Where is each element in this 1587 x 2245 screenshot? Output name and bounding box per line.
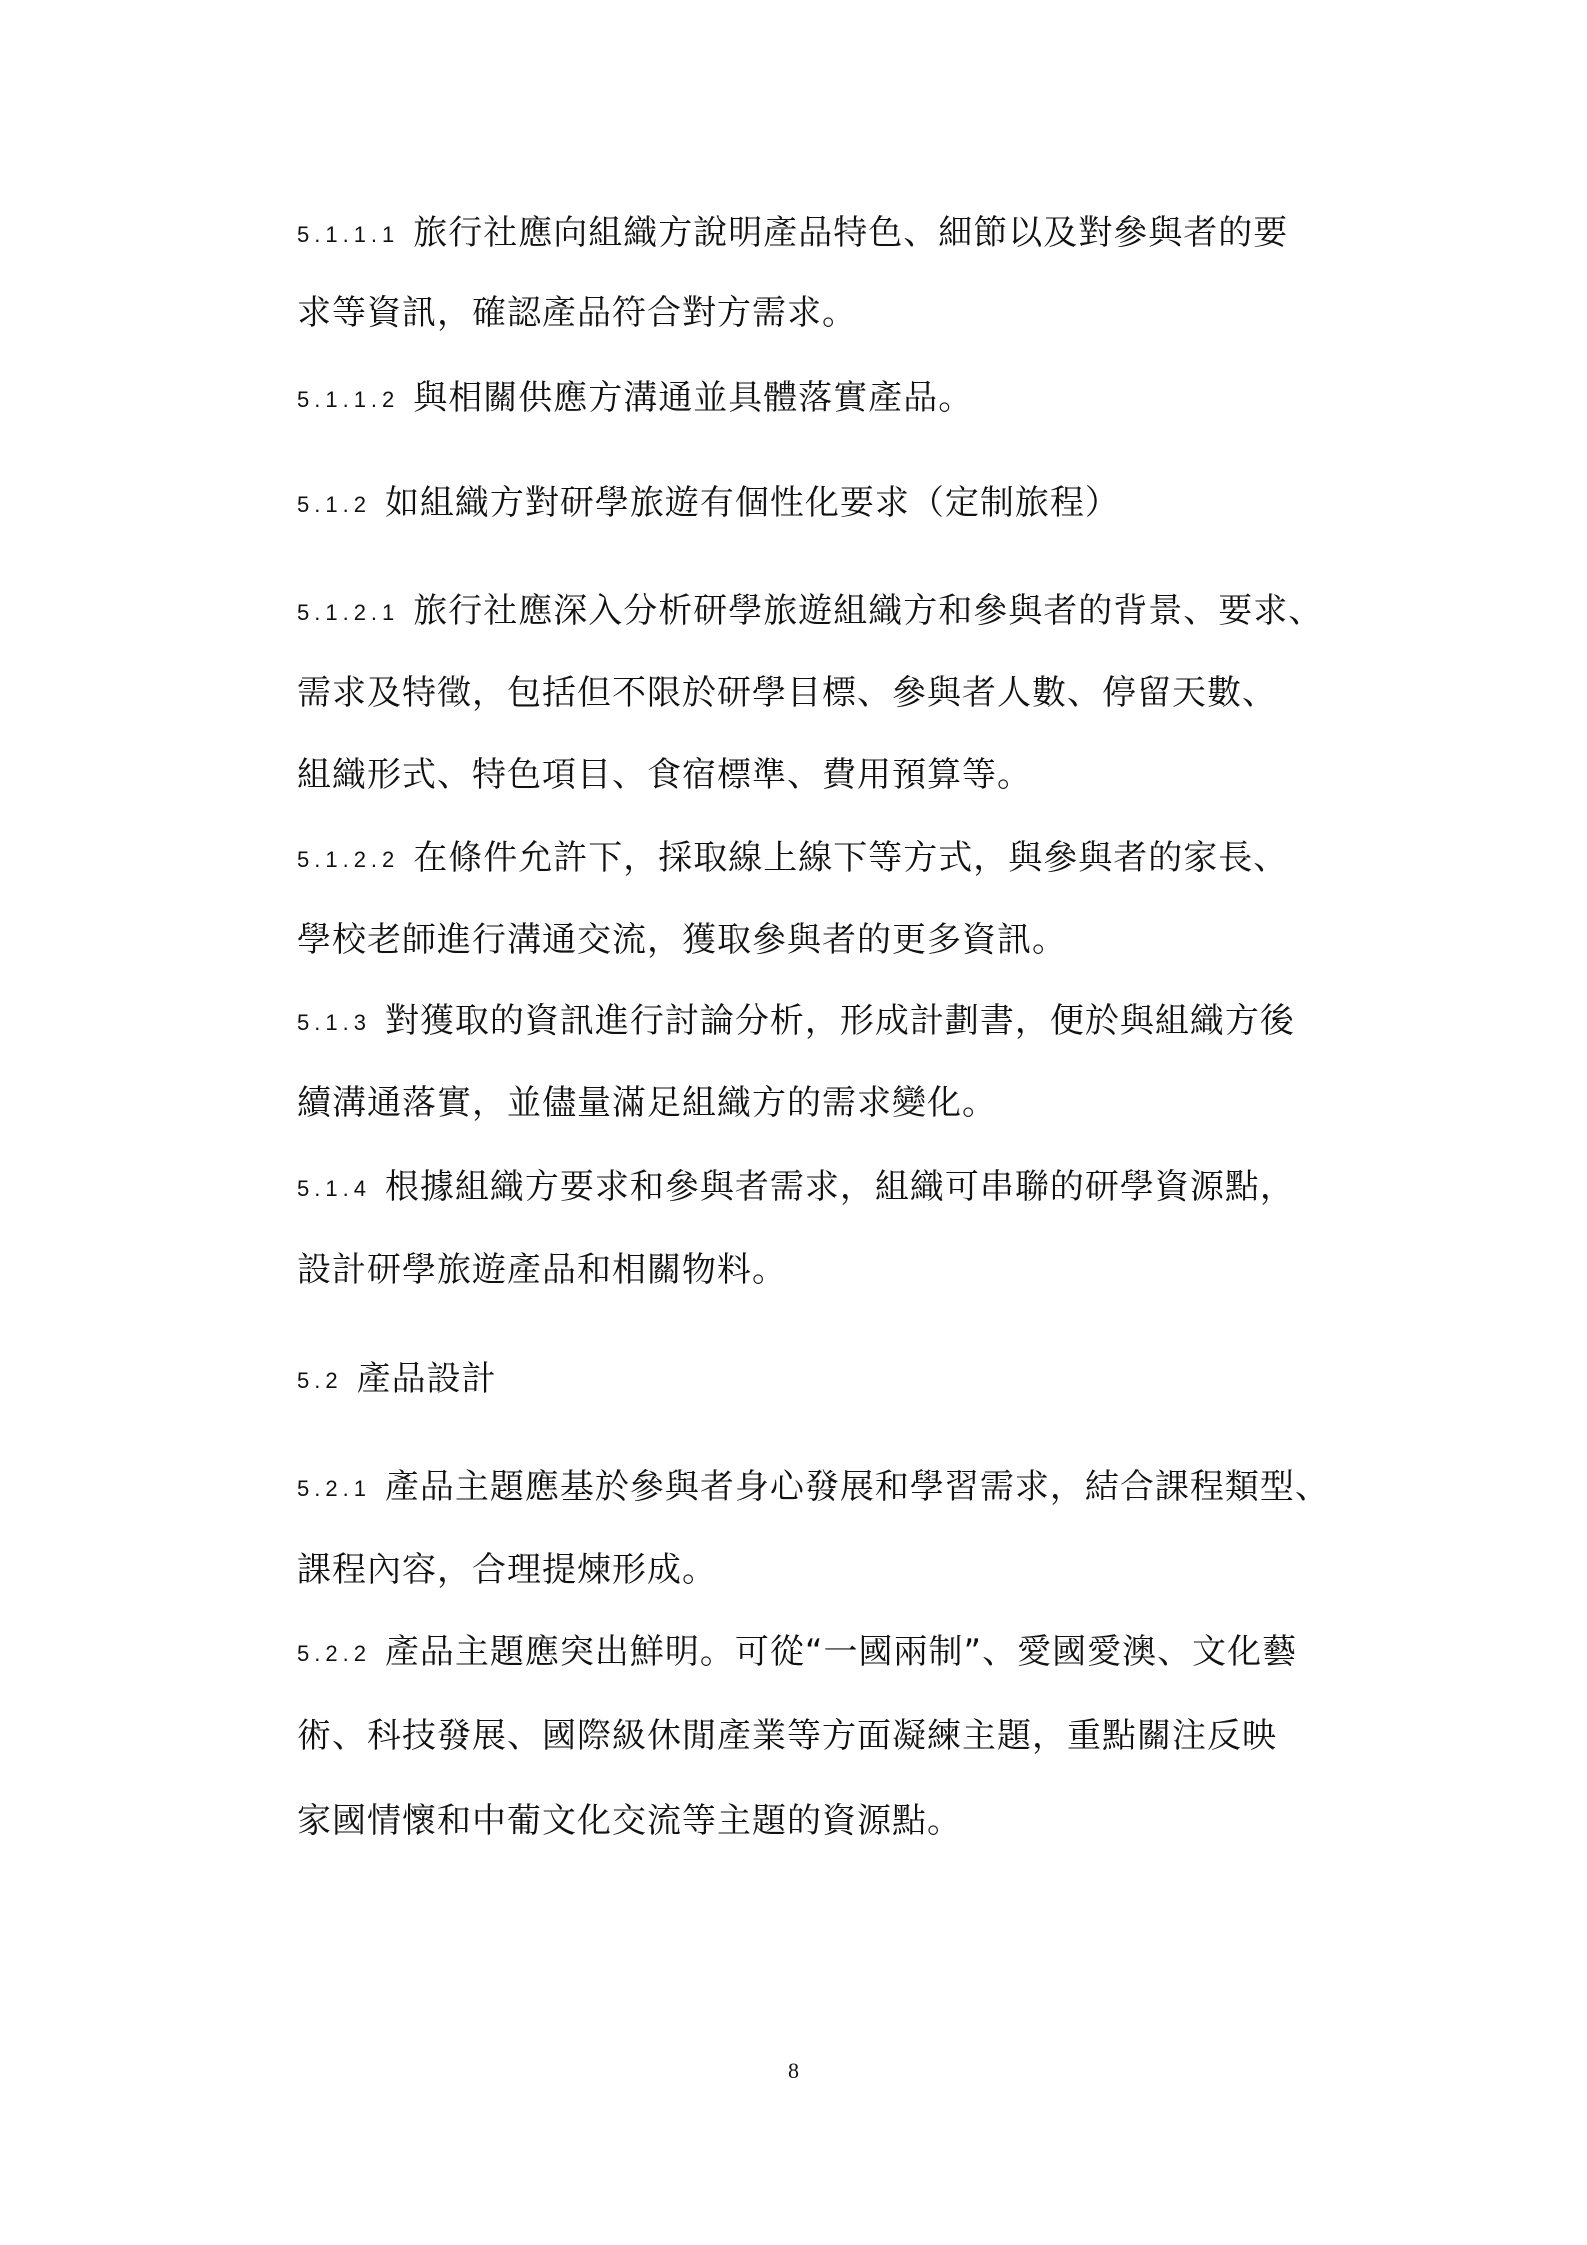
section-number: 5.1.2.1 — [297, 600, 399, 625]
paragraph-line: 5.1.2.1旅行社應深入分析研學旅遊組織方和參與者的背景、要求、 — [297, 591, 1323, 633]
line-text: 旅行社應深入分析研學旅遊組織方和參與者的背景、要求、 — [413, 591, 1323, 631]
paragraph-line: 5.1.4根據組織方要求和參與者需求，組織可串聯的研學資源點， — [297, 1167, 1295, 1209]
line-text: 續溝通落實，並儘量滿足組織方的需求變化。 — [297, 1083, 997, 1123]
paragraph-line: 需求及特徵，包括但不限於研學目標、參與者人數、停留天數、 — [297, 673, 1277, 713]
paragraph-line: 5.2.1產品主題應基於參與者身心發展和學習需求，結合課程類型、 — [297, 1467, 1330, 1509]
line-text: 在條件允許下，採取線上線下等方式，與參與者的家長、 — [413, 838, 1288, 878]
section-number: 5.1.4 — [297, 1176, 371, 1201]
paragraph-line: 5.1.2.2在條件允許下，採取線上線下等方式，與參與者的家長、 — [297, 838, 1288, 880]
paragraph-line: 家國情懷和中葡文化交流等主題的資源點。 — [297, 1801, 962, 1841]
paragraph-line: 5.1.1.2與相關供應方溝通並具體落實產品。 — [297, 378, 973, 420]
line-text: 家國情懷和中葡文化交流等主題的資源點。 — [297, 1801, 962, 1841]
section-number: 5.2 — [297, 1368, 343, 1393]
section-heading: 5.2產品設計 — [297, 1359, 497, 1401]
line-text: 需求及特徵，包括但不限於研學目標、參與者人數、停留天數、 — [297, 673, 1277, 713]
line-text: 如組織方對研學旅遊有個性化要求（定制旅程） — [385, 483, 1120, 523]
line-text: 組織形式、特色項目、食宿標準、費用預算等。 — [297, 755, 1032, 795]
line-text: 產品主題應基於參與者身心發展和學習需求，結合課程類型、 — [385, 1467, 1330, 1507]
paragraph-line: 術、科技發展、國際級休閒產業等方面凝練主題，重點關注反映 — [297, 1716, 1277, 1756]
line-text: 對獲取的資訊進行討論分析，形成計劃書，便於與組織方後 — [385, 1001, 1295, 1041]
line-text: 根據組織方要求和參與者需求，組織可串聯的研學資源點， — [385, 1167, 1295, 1207]
paragraph-line: 5.1.1.1旅行社應向組織方說明產品特色、細節以及對參與者的要 — [297, 213, 1288, 255]
section-number: 5.1.1.2 — [297, 387, 399, 412]
line-text: 設計研學旅遊產品和相關物料。 — [297, 1250, 787, 1290]
section-number: 5.1.3 — [297, 1010, 371, 1035]
section-number: 5.2.1 — [297, 1476, 371, 1501]
line-text: 課程內容，合理提煉形成。 — [297, 1550, 717, 1590]
paragraph-line: 5.1.3對獲取的資訊進行討論分析，形成計劃書，便於與組織方後 — [297, 1001, 1295, 1043]
line-text: 學校老師進行溝通交流，獲取參與者的更多資訊。 — [297, 920, 1067, 960]
paragraph-line: 設計研學旅遊產品和相關物料。 — [297, 1250, 787, 1290]
paragraph-line: 5.2.2產品主題應突出鮮明。可從“一國兩制”、愛國愛澳、文化藝 — [297, 1632, 1297, 1674]
section-number: 5.1.1.1 — [297, 222, 399, 247]
line-text: 求等資訊，確認產品符合對方需求。 — [297, 293, 857, 333]
section-number: 5.2.2 — [297, 1641, 371, 1666]
paragraph-line: 組織形式、特色項目、食宿標準、費用預算等。 — [297, 755, 1032, 795]
line-text: 術、科技發展、國際級休閒產業等方面凝練主題，重點關注反映 — [297, 1716, 1277, 1756]
line-text: 旅行社應向組織方說明產品特色、細節以及對參與者的要 — [413, 213, 1288, 253]
section-number: 5.1.2 — [297, 492, 371, 517]
section-number: 5.1.2.2 — [297, 847, 399, 872]
document-page: 5.1.1.1旅行社應向組織方說明產品特色、細節以及對參與者的要 求等資訊，確認… — [0, 0, 1587, 2245]
paragraph-line: 5.1.2如組織方對研學旅遊有個性化要求（定制旅程） — [297, 483, 1120, 525]
heading-text: 產品設計 — [357, 1359, 497, 1399]
paragraph-line: 課程內容，合理提煉形成。 — [297, 1550, 717, 1590]
paragraph-line: 學校老師進行溝通交流，獲取參與者的更多資訊。 — [297, 920, 1067, 960]
paragraph-line: 求等資訊，確認產品符合對方需求。 — [297, 293, 857, 333]
line-text: 與相關供應方溝通並具體落實產品。 — [413, 378, 973, 418]
page-number: 8 — [0, 2058, 1587, 2084]
line-text: 產品主題應突出鮮明。可從“一國兩制”、愛國愛澳、文化藝 — [385, 1632, 1297, 1672]
paragraph-line: 續溝通落實，並儘量滿足組織方的需求變化。 — [297, 1083, 997, 1123]
